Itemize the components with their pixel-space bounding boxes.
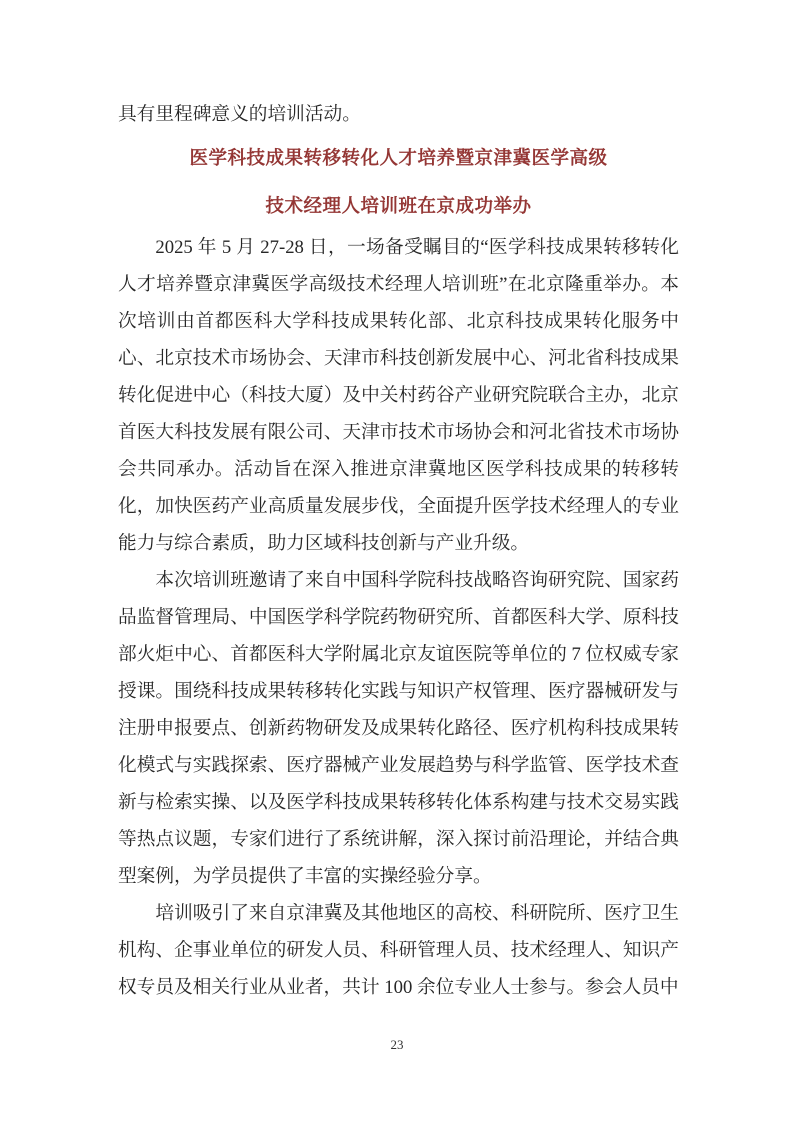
document-page: 具有里程碑意义的培训活动。 医学科技成果转移转化人才培养暨京津冀医学高级 技术经…	[0, 0, 794, 1123]
article-title-line-2: 技术经理人培训班在京成功举办	[118, 185, 679, 229]
body-paragraph-1: 2025 年 5 月 27-28 日，一场备受瞩目的“医学科技成果转移转化人才培…	[118, 229, 679, 562]
article-title-line-1: 医学科技成果转移转化人才培养暨京津冀医学高级	[118, 137, 679, 181]
body-paragraph-2: 本次培训班邀请了来自中国科学院科技战略咨询研究院、国家药品监督管理局、中国医学科…	[118, 562, 679, 895]
page-number: 23	[0, 1037, 794, 1053]
document-content: 具有里程碑意义的培训活动。 医学科技成果转移转化人才培养暨京津冀医学高级 技术经…	[118, 96, 679, 1006]
body-paragraph-3: 培训吸引了来自京津冀及其他地区的高校、科研院所、医疗卫生机构、企事业单位的研发人…	[118, 895, 679, 1006]
leading-paragraph-line: 具有里程碑意义的培训活动。	[118, 96, 679, 133]
